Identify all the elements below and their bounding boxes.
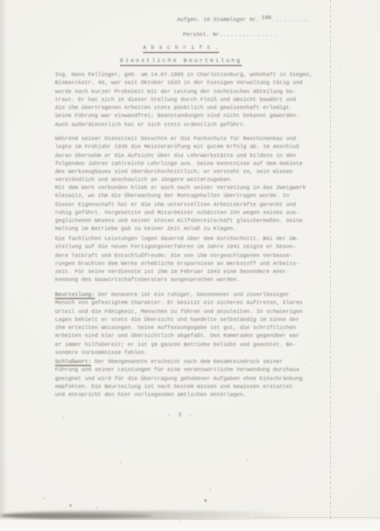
paragraph-5: Beurteilung: Der Genannte ist ein ruhige…	[55, 291, 313, 357]
text-line: Schlußwort: Der Obengenannte erscheint n…	[55, 358, 313, 366]
dotted-rule: ..........	[271, 16, 310, 23]
text-line: Mit dem Werk verbunden blieb er auch nac…	[55, 184, 313, 192]
paragraph-2: Während seiner Dienstzeit besuchte er di…	[55, 135, 313, 185]
text-line: ruhig geführt. Vorgesetzte und Mitarbeit…	[55, 209, 313, 217]
text-line: Gleiwitz, wo ihm die Überwachung der Mon…	[55, 192, 313, 200]
text-line: daran übernahm er die Aufsicht über die …	[55, 152, 313, 160]
text-line: kennung des Gauwirtschaftsberaters ausge…	[55, 276, 313, 284]
page-bottom-shadow	[2, 514, 152, 518]
text-line: folgenden Jahren zahlreiche Lehrlinge au…	[55, 160, 313, 168]
text-line: ihm erteilten Weisungen. Seine Auffassun…	[55, 324, 313, 332]
text-line: Die fachlichen Leistungen lagen dauernd …	[55, 235, 313, 243]
text-line: traut. Er hat sich in dieser Stellung du…	[55, 96, 313, 104]
dotted-rule: ..............	[223, 31, 278, 38]
text-line: stellung auf die neuen Fertigungsverfahr…	[55, 243, 313, 251]
text-line: Lagen behielt er stets die Übersicht und…	[55, 316, 313, 324]
header-line-2: Persönl. Nr...............	[183, 31, 277, 38]
text-line: Bismarckstr. 46, war seit Oktober 1933 i…	[55, 79, 313, 87]
text-line: Ing. Hans Fellinger, geb. am 14.07.1895 …	[55, 71, 313, 79]
text-line: Arbeiten sind klar und übersichtlich abg…	[55, 332, 313, 340]
text-line: empfohlen. Die Beurteilung ist nach best…	[55, 383, 313, 391]
form-number: 198	[262, 14, 272, 21]
scanner-background	[0, 520, 380, 531]
text-line: legte im Frühjahr 1936 die Meisterprüfun…	[55, 143, 313, 151]
page-number: - 2 -	[55, 411, 307, 418]
text-line: dieser Eigenschaft hat er die ihm unters…	[55, 201, 313, 209]
text-line: geeignet und wird für die Übertragung ge…	[55, 375, 313, 383]
paragraph-6: Schlußwort: Der Obengenannte erscheint n…	[55, 358, 313, 399]
text-line: zeit. Für seine Verdienste ist ihm im Fe…	[55, 268, 313, 276]
scanned-document-page: Aufgen. im Stammlager Nr.198.......... P…	[0, 0, 380, 531]
page-bottom-edge-dots	[255, 517, 380, 518]
text-line: des Werkzeugbaues sind überdurchschnittl…	[55, 168, 313, 176]
form-label: Aufgen. im Stammlager Nr.	[177, 16, 260, 23]
page-left-edge-shading	[0, 0, 7, 519]
document-text-layer: Aufgen. im Stammlager Nr.198.......... P…	[0, 0, 380, 531]
paragraph-4: Die fachlichen Leistungen lagen dauernd …	[55, 235, 313, 285]
paper-speckles	[0, 0, 1, 1]
text-line: Urteil und die Fähigkeit, Menschen zu fü…	[55, 308, 313, 316]
text-line: Während seiner Dienstzeit besuchte er di…	[55, 135, 313, 143]
paragraph-1: Ing. Hans Fellinger, geb. am 14.07.1895 …	[55, 71, 313, 129]
text-line: Mensch von gefestigtem Charakter. Er bes…	[55, 299, 313, 307]
text-line: wurde nach kurzer Probezeit mit der Leit…	[55, 88, 313, 96]
text-line: Führung und seiner Leistungen für eine v…	[55, 366, 313, 374]
document-subtitle: Dienstliche Beurteilung	[55, 57, 307, 66]
text-line: geglichenen Wesens und seiner steten Hil…	[55, 217, 313, 225]
document-title: A b s c h r i f t .	[55, 44, 307, 53]
paragraph-3: Mit dem Werk verbunden blieb er auch nac…	[55, 184, 313, 234]
text-line: und entspricht den hier vorliegenden amt…	[55, 391, 313, 399]
form-label: Persönl. Nr.	[183, 31, 223, 38]
fold-line	[330, 0, 331, 519]
underlined-lead-word: Schlußwort:	[55, 358, 91, 366]
text-line: Auch außerdienstlich hat er sich stets o…	[55, 121, 313, 129]
underlined-lead-word: Beurteilung:	[55, 291, 95, 299]
text-line: Beurteilung: Der Genannte ist ein ruhige…	[55, 291, 313, 299]
text-line: Haltung im Betriebe gab zu keiner Zeit A…	[55, 225, 313, 233]
text-line: die ihm übertragenen Arbeiten stets pünk…	[55, 104, 313, 112]
text-line: rungen brachten dem Werke erhebliche Ers…	[55, 260, 313, 268]
text-line: er immer hilfsbereit; er ist im ganzen B…	[55, 341, 313, 349]
text-line: sondere Vorkommnisse fehlen.	[55, 349, 313, 357]
text-line: dere Tatkraft und Entschlußfreude; die v…	[55, 252, 313, 260]
header-line-1: Aufgen. im Stammlager Nr.198..........	[177, 16, 310, 23]
text-line: Seine Führung war einwandfrei; Beanstand…	[55, 112, 313, 120]
